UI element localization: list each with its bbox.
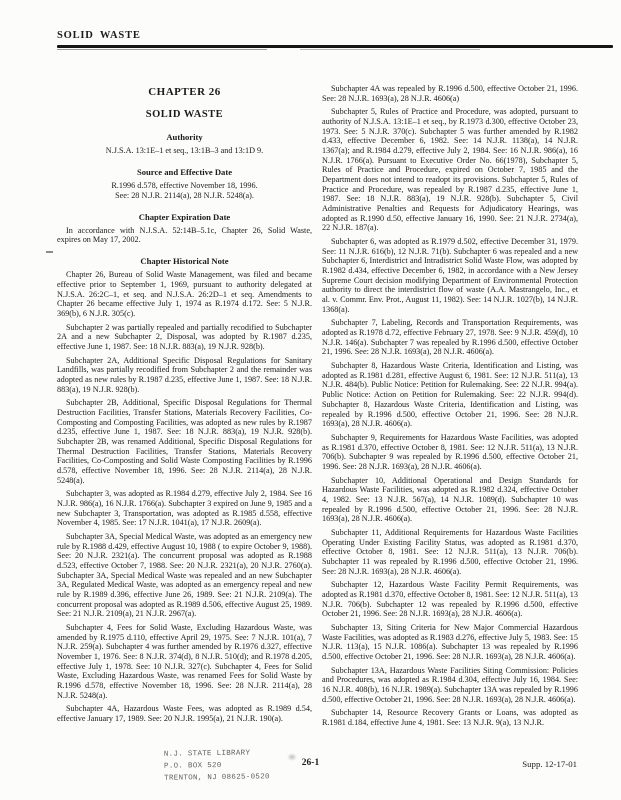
historical-note-paragraph: Subchapter 4, Fees for Solid Waste, Excl… <box>57 623 312 700</box>
expiration-heading: Chapter Expiration Date <box>57 212 312 222</box>
historical-note-paragraph: Subchapter 4A, Hazardous Waste Fees, was… <box>57 704 312 723</box>
authority-text: N.J.S.A. 13:1E–1 et seq., 13:1B–3 and 13… <box>57 146 312 156</box>
historical-note-paragraph: Subchapter 2B, Additional, Specific Disp… <box>57 398 312 485</box>
historical-note-paragraph: Subchapter 10, Additional Operational an… <box>322 476 578 524</box>
supplement-date: Supp. 12-17-01 <box>522 759 577 769</box>
historical-note-paragraph: Subchapter 12, Hazardous Waste Facility … <box>322 580 578 619</box>
scan-artifact <box>46 251 53 253</box>
historical-note-paragraph: Subchapter 13A, Hazardous Waste Faciliti… <box>322 666 578 705</box>
source-heading: Source and Effective Date <box>57 167 312 177</box>
header-rule-shadow <box>57 49 267 50</box>
chapter-title-heading: SOLID WASTE <box>57 109 312 121</box>
document-page: SOLID WASTE CHAPTER 26 SOLID WASTE Autho… <box>0 0 621 800</box>
chapter-number-heading: CHAPTER 26 <box>57 86 312 99</box>
historical-note-paragraph: Subchapter 3, was adopted as R.1984 d.27… <box>57 489 312 528</box>
historical-note-paragraph: Subchapter 4A was repealed by R.1996 d.5… <box>322 84 578 103</box>
authority-heading: Authority <box>57 132 312 142</box>
stamp-line: TRENTON, NJ 08625-0520 <box>164 771 270 784</box>
right-column: Subchapter 4A was repealed by R.1996 d.5… <box>322 84 578 728</box>
historical-note-paragraph: Subchapter 2 was partially repealed and … <box>57 323 312 352</box>
source-line: See: 28 N.J.R. 2114(a), 28 N.J.R. 5248(a… <box>57 191 312 201</box>
historical-note-paragraph: Subchapter 13, Siting Criteria for New M… <box>322 623 578 662</box>
historical-note-paragraph: Subchapter 8, Hazardous Waste Criteria, … <box>322 361 578 429</box>
historical-note-paragraph: Subchapter 9, Requirements for Hazardous… <box>322 433 578 472</box>
historical-note-heading: Chapter Historical Note <box>57 256 312 266</box>
historical-note-paragraph: Subchapter 11, Additional Requirements f… <box>322 528 578 576</box>
left-column: CHAPTER 26 SOLID WASTE Authority N.J.S.A… <box>57 84 312 728</box>
historical-note-paragraph: Subchapter 14, Resource Recovery Grants … <box>322 708 578 727</box>
running-header-title: SOLID WASTE <box>57 30 141 41</box>
historical-note-paragraph: Subchapter 5, Rules of Practice and Proc… <box>322 107 578 233</box>
historical-note-paragraph: Chapter 26, Bureau of Solid Waste Manage… <box>57 270 312 318</box>
expiration-text: In accordance with N.J.S.A. 52:14B–5.1c,… <box>57 226 312 245</box>
historical-note-paragraph: Subchapter 7, Labeling, Records and Tran… <box>322 318 578 357</box>
historical-note-paragraph: Subchapter 2A, Additional Specific Dispo… <box>57 356 312 395</box>
historical-note-paragraph: Subchapter 3A, Special Medical Waste, wa… <box>57 532 312 619</box>
header-rule-shadow <box>300 49 480 50</box>
historical-note-paragraph: Subchapter 6, was adopted as R.1979 d.50… <box>322 237 578 314</box>
header-rule <box>57 45 613 48</box>
two-column-body: CHAPTER 26 SOLID WASTE Authority N.J.S.A… <box>57 84 578 728</box>
source-line: R.1996 d.578, effective November 18, 199… <box>57 181 312 191</box>
